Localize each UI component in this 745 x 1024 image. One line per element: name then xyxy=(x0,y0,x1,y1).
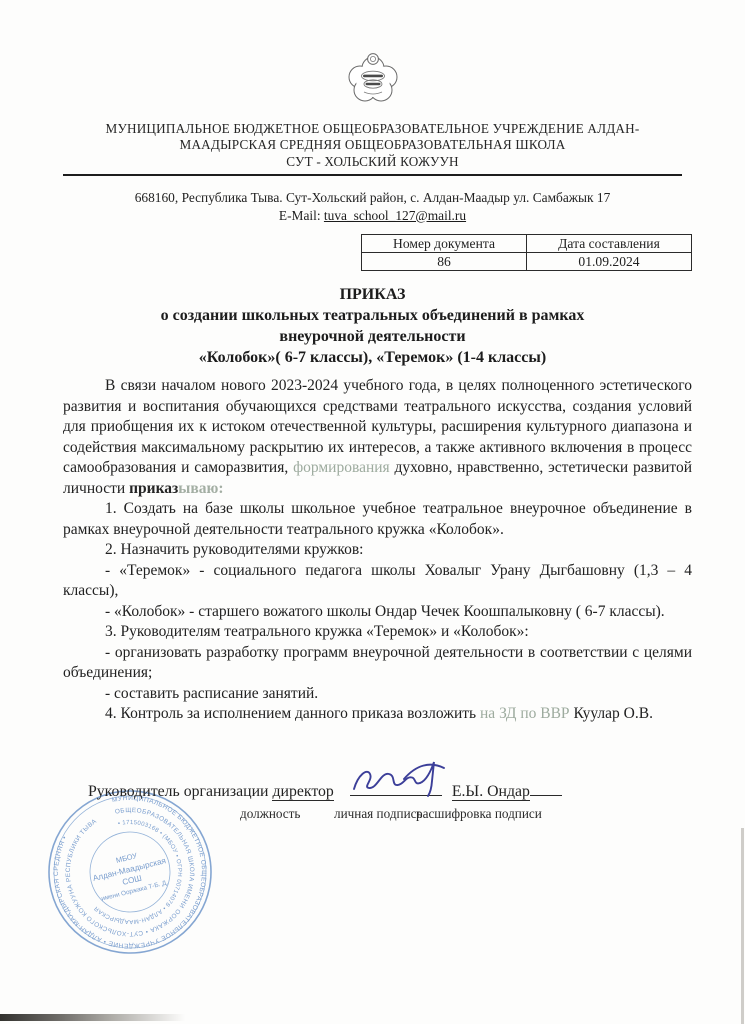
order-body: В связи началом нового 2023-2024 учебног… xyxy=(63,376,692,725)
document-info-table: Номер документа Дата составления 86 01.0… xyxy=(361,234,692,271)
label-signature-decode: расшифровка подписи xyxy=(416,806,542,822)
signature-decoded-name: Е.Ы. Ондар xyxy=(452,783,530,801)
doc-number-header: Номер документа xyxy=(362,235,527,253)
address-block: 668160, Республика Тыва. Сут-Хольский ра… xyxy=(0,189,745,224)
order-subitem-kolobok: - «Колобок» - старшего вожатого школы Он… xyxy=(63,602,692,623)
signature-prefix: Руководитель организации xyxy=(88,783,272,800)
label-position: должность xyxy=(240,806,300,822)
control-text: 4. Контроль за исполнением данного прика… xyxy=(105,705,480,722)
emblem-container xyxy=(0,0,745,113)
order-verb: приказ xyxy=(129,480,178,497)
signature-labels: должность личная подпись расшифровка под… xyxy=(88,806,745,826)
page-title: ПРИКАЗ xyxy=(0,284,745,305)
handwritten-signature xyxy=(346,755,450,799)
title-subject-line: внеурочной деятельности xyxy=(0,326,745,347)
position-value: директор xyxy=(272,783,333,801)
email-link[interactable]: tuva_school_127@mail.ru xyxy=(324,208,466,223)
order-item-1: 1. Создать на базе школы школьное учебно… xyxy=(63,499,692,540)
order-title-block: ПРИКАЗ о создании школьных театральных о… xyxy=(0,284,745,368)
table-row: 86 01.09.2024 xyxy=(362,253,692,271)
signature-block: Руководитель организации директор Е.Ы. О… xyxy=(88,779,745,849)
stamp-center-line: СОШ xyxy=(121,874,142,887)
order-subitem-schedule: - составить расписание занятий. xyxy=(63,684,692,705)
org-name-line: МУНИЦИПАЛЬНОЕ БЮДЖЕТНОЕ ОБЩЕОБРАЗОВАТЕЛЬ… xyxy=(0,121,745,137)
scanned-order-document: МУНИЦИПАЛЬНОЕ БЮДЖЕТНОЕ ОБЩЕОБРАЗОВАТЕЛЬ… xyxy=(0,0,745,1024)
order-item-3: 3. Руководителям театрального кружка «Те… xyxy=(63,622,692,643)
faded-role: на ЗД по ВВР xyxy=(480,705,570,722)
scan-artifact-right-edge xyxy=(741,828,744,1024)
personal-signature-slot xyxy=(350,779,442,796)
signature-line: Руководитель организации директор Е.Ы. О… xyxy=(88,779,745,801)
order-item-4: 4. Контроль за исполнением данного прика… xyxy=(63,704,692,725)
doc-number-value: 86 xyxy=(362,253,527,271)
label-personal-signature: личная подпись xyxy=(334,806,423,822)
school-emblem-icon xyxy=(342,50,404,108)
email-label: E-Mail: xyxy=(279,208,324,223)
title-groups-line: «Колобок»( 6-7 классы), «Теремок» (1-4 к… xyxy=(0,347,745,368)
title-subject-line: о создании школьных театральных объедине… xyxy=(0,305,745,326)
org-name-line: МААДЫРСКАЯ СРЕДНЯЯ ОБЩЕОБРАЗОВАТЕЛЬНАЯ Ш… xyxy=(0,137,745,153)
order-subitem-programs: - организовать разработку программ внеур… xyxy=(63,643,692,684)
intro-paragraph: В связи началом нового 2023-2024 учебног… xyxy=(63,376,692,499)
email-line: E-Mail: tuva_school_127@mail.ru xyxy=(0,207,745,225)
postal-address: 668160, Республика Тыва. Сут-Хольский ра… xyxy=(0,189,745,207)
signature-line-tail xyxy=(530,781,562,796)
doc-date-header: Дата составления xyxy=(527,235,692,253)
header-divider xyxy=(63,174,682,176)
control-text: Куулар О.В. xyxy=(570,705,653,722)
order-verb-faded: ываю: xyxy=(178,480,223,497)
order-subitem-teremok: - «Теремок» - социального педагога школы… xyxy=(63,561,692,602)
org-name-line: СУТ - ХОЛЬСКИЙ КОЖУУН xyxy=(0,154,745,170)
org-name-block: МУНИЦИПАЛЬНОЕ БЮДЖЕТНОЕ ОБЩЕОБРАЗОВАТЕЛЬ… xyxy=(0,121,745,170)
scan-artifact-bottom-edge xyxy=(0,1014,195,1021)
order-item-2: 2. Назначить руководителями кружков: xyxy=(63,540,692,561)
doc-date-value: 01.09.2024 xyxy=(527,253,692,271)
faded-word: формирования xyxy=(293,459,390,476)
